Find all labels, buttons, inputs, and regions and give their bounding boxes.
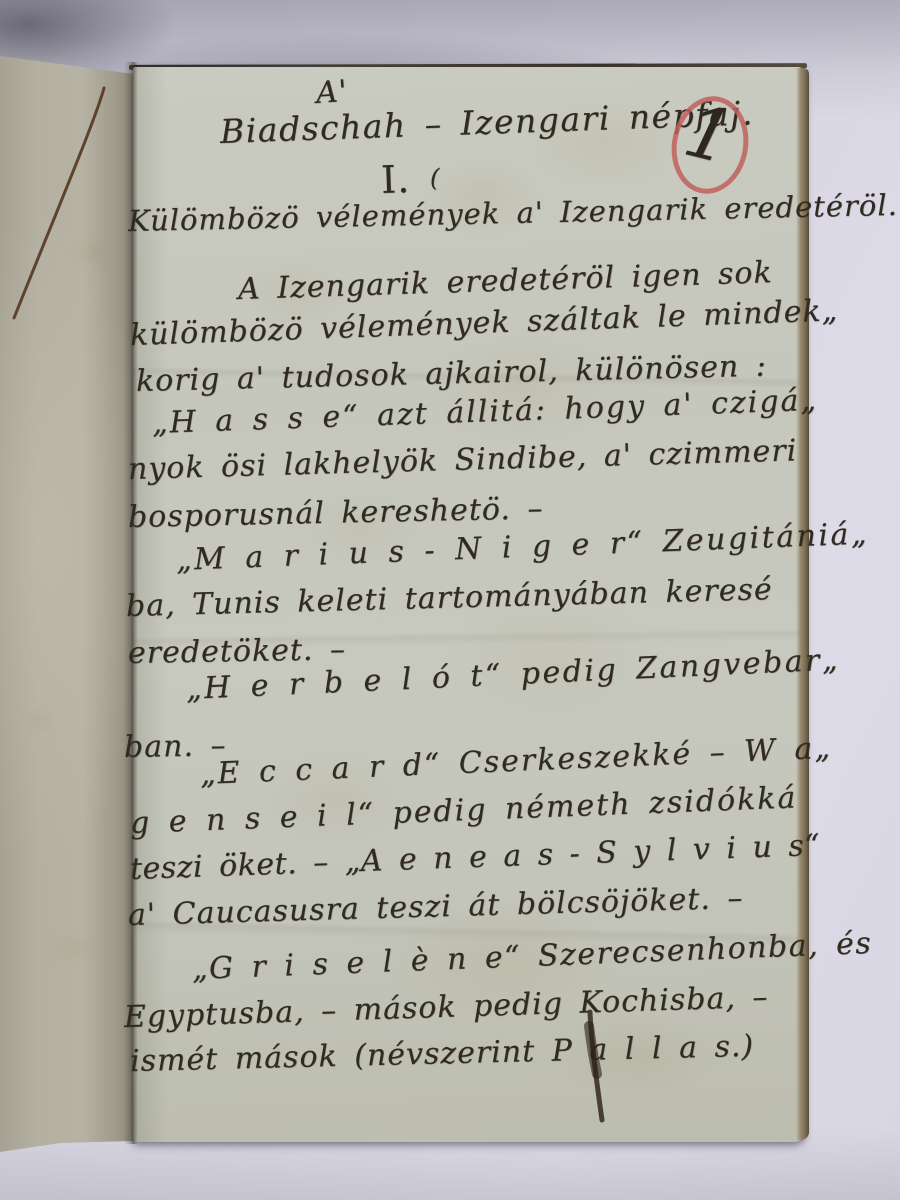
facing-page-stains [0,0,134,1200]
section-mark: ( [430,164,440,192]
section-numeral: I. [380,157,411,202]
page-fore-edge [796,68,809,1140]
facing-page [0,0,134,1200]
photo-backdrop: A' Biadschah – Izengari népfaj. 1 I. ( K… [0,0,900,1200]
header-mark: A' [315,74,349,111]
